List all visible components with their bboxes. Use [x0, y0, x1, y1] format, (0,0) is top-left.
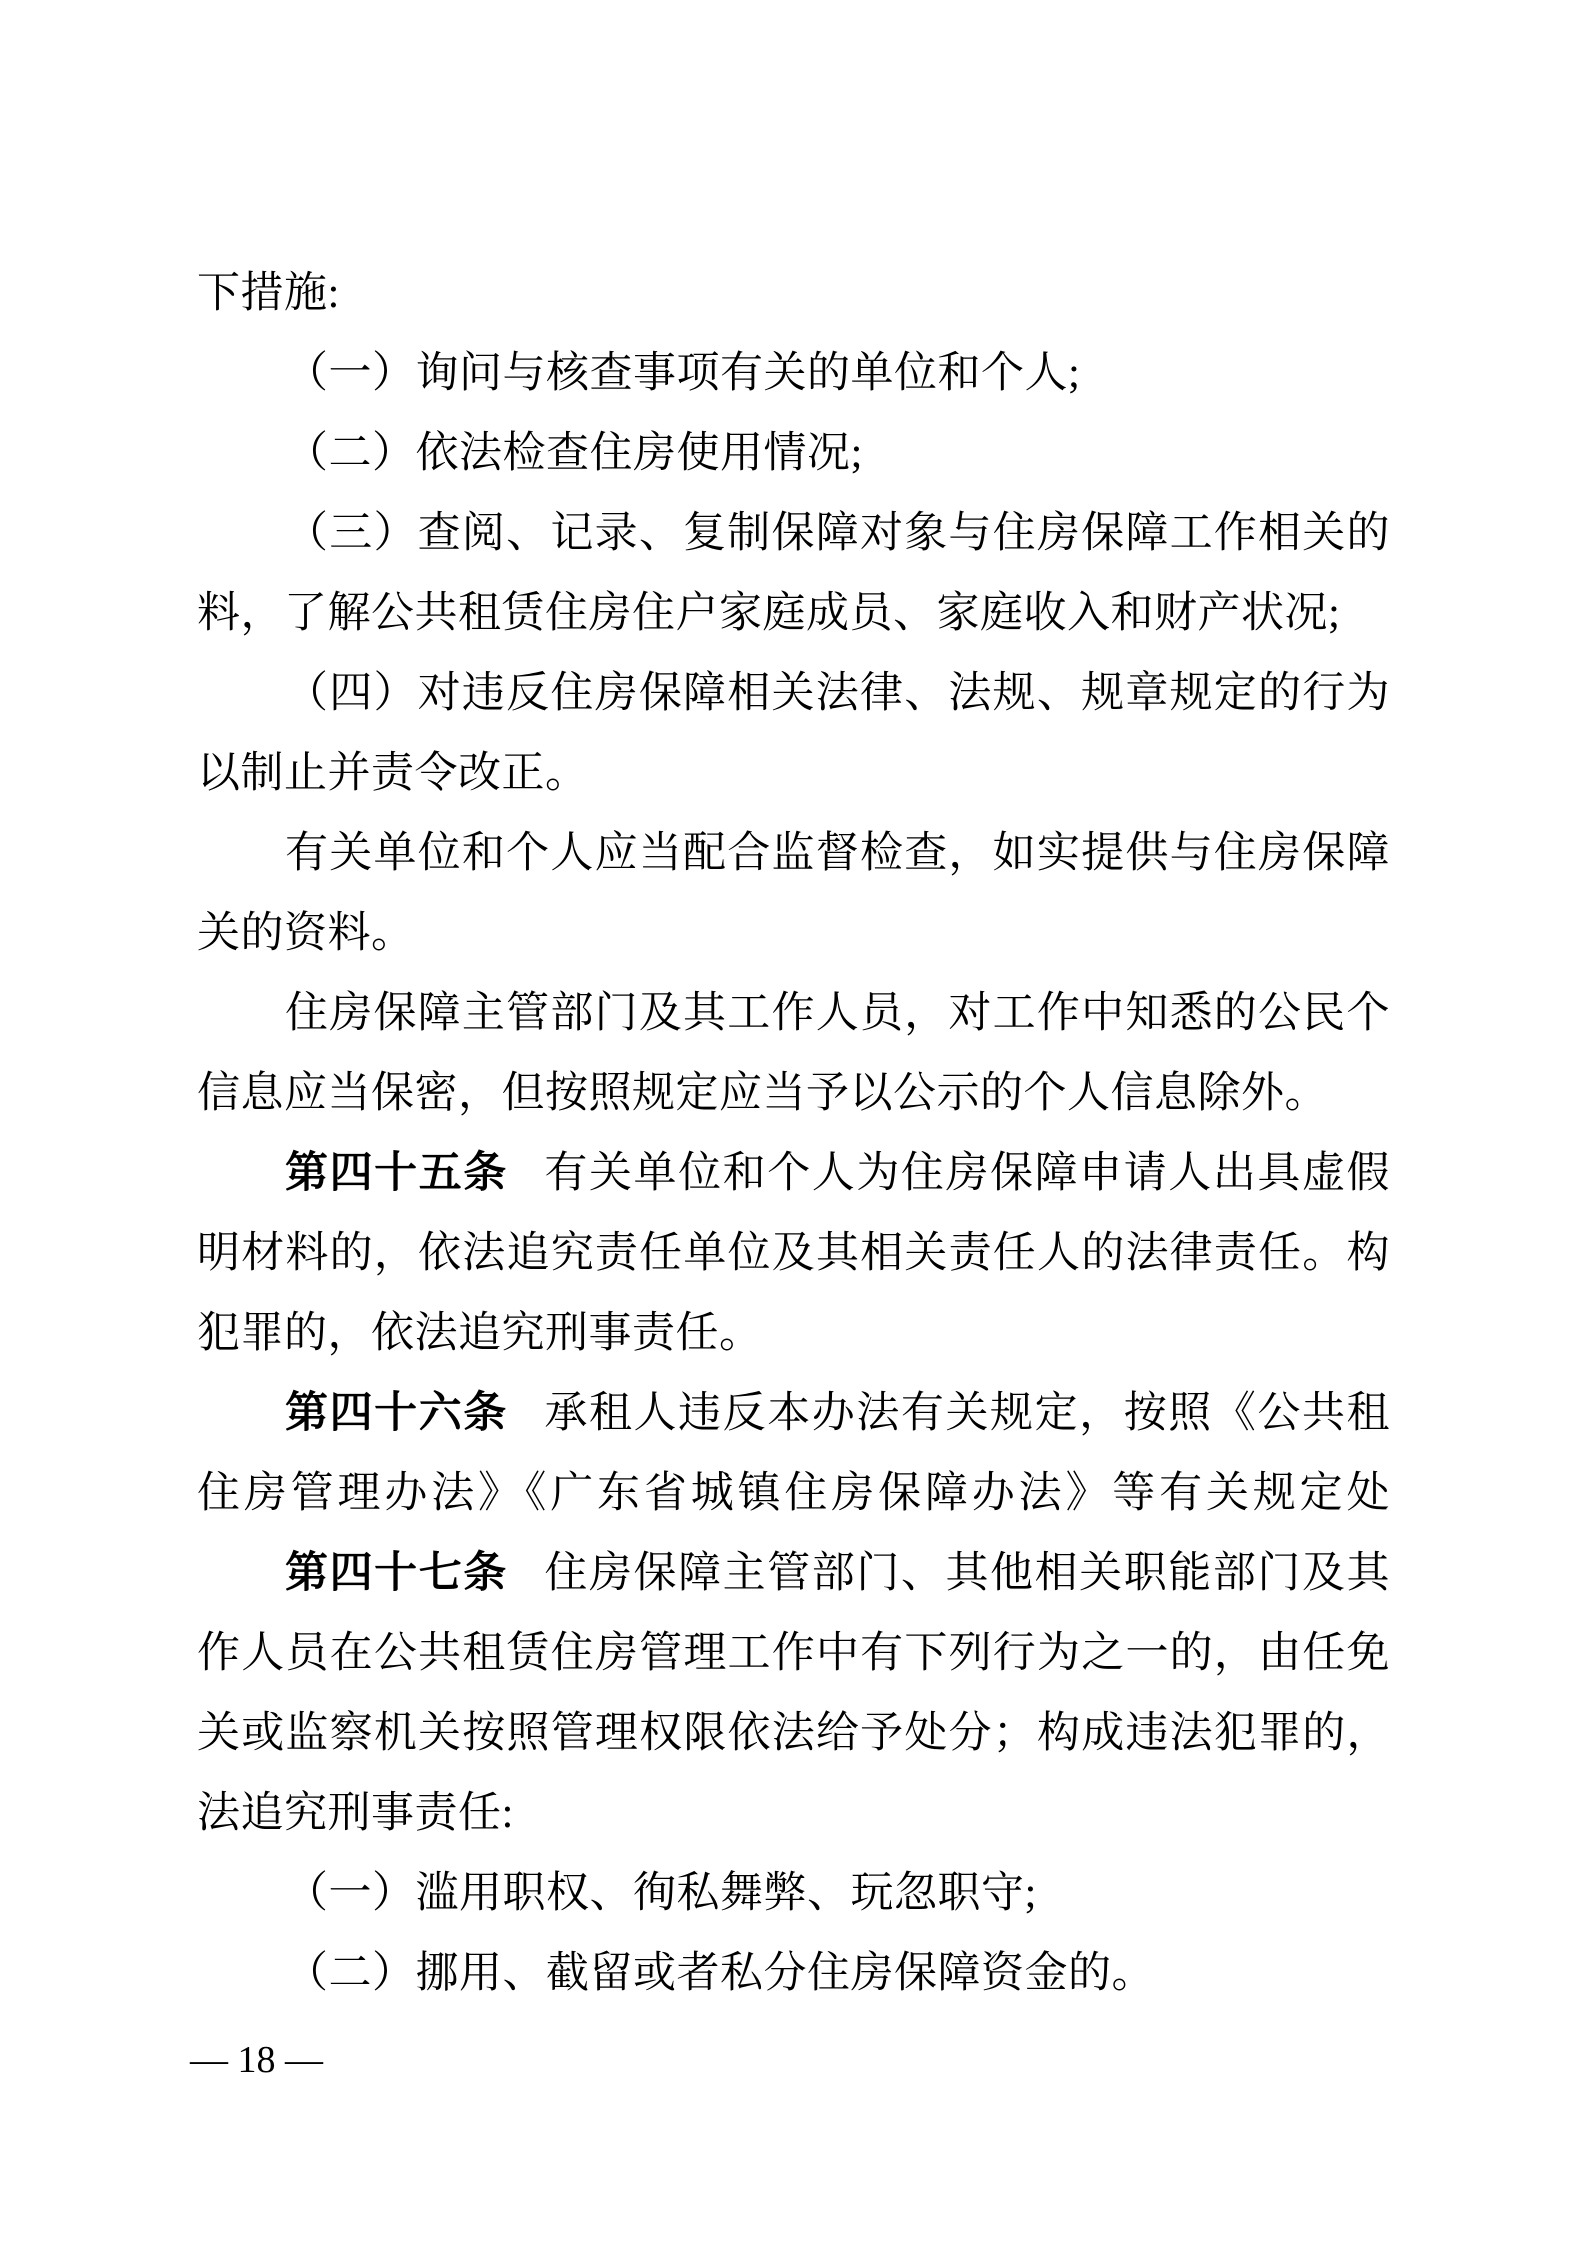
text-segment: （二）挪用、截留或者私分住房保障资金的。 — [285, 1950, 1155, 1997]
text-segment: 作人员在公共租赁住房管理工作中有下列行为之一的，由任免机 — [197, 1630, 1390, 1694]
document-body: 下措施:（一）询问与核查事项有关的单位和个人;（二）依法检查住房使用情况;（三）… — [197, 254, 1390, 2014]
text-segment: 关的资料。 — [197, 910, 415, 957]
page-footer: — 18 — — [190, 2036, 323, 2084]
text-line: 第四十六条承租人违反本办法有关规定，按照《公共租赁 — [197, 1374, 1390, 1454]
article-number: 第四十六条 — [285, 1390, 508, 1437]
text-line: 信息应当保密，但按照规定应当予以公示的个人信息除外。 — [197, 1054, 1390, 1134]
text-segment: 料，了解公共租赁住房住户家庭成员、家庭收入和财产状况; — [197, 590, 1340, 637]
text-segment: 有关单位和个人应当配合监督检查，如实提供与住房保障有 — [197, 830, 1390, 894]
text-line: 法追究刑事责任: — [197, 1774, 1390, 1854]
text-line: 以制止并责令改正。 — [197, 734, 1390, 814]
text-segment: 信息应当保密，但按照规定应当予以公示的个人信息除外。 — [197, 1070, 1328, 1117]
text-line: 关或监察机关按照管理权限依法给予处分；构成违法犯罪的，依 — [197, 1694, 1390, 1774]
text-line: 作人员在公共租赁住房管理工作中有下列行为之一的，由任免机 — [197, 1614, 1390, 1694]
text-segment: （一）询问与核查事项有关的单位和个人; — [285, 350, 1080, 397]
page-number: — 18 — — [190, 2039, 323, 2081]
text-line: 住房保障主管部门及其工作人员，对工作中知悉的公民个人 — [197, 974, 1390, 1054]
text-line: 第四十五条有关单位和个人为住房保障申请人出具虚假证 — [197, 1134, 1390, 1214]
text-segment: 犯罪的，依法追究刑事责任。 — [197, 1310, 763, 1357]
text-line: 关的资料。 — [197, 894, 1390, 974]
text-line: （二）挪用、截留或者私分住房保障资金的。 — [197, 1934, 1390, 2014]
article-number: 第四十五条 — [285, 1150, 508, 1197]
text-segment: 下措施: — [197, 270, 340, 317]
text-line: 下措施: — [197, 254, 1390, 334]
text-line: （一）滥用职权、徇私舞弊、玩忽职守; — [197, 1854, 1390, 1934]
text-line: （二）依法检查住房使用情况; — [197, 414, 1390, 494]
text-line: 料，了解公共租赁住房住户家庭成员、家庭收入和财产状况; — [197, 574, 1390, 654]
text-segment: 住房管理办法》《广东省城镇住房保障办法》等有关规定处理。 — [197, 1470, 1390, 1534]
text-segment: 住房保障主管部门及其工作人员，对工作中知悉的公民个人 — [197, 990, 1390, 1054]
text-segment: 法追究刑事责任: — [197, 1790, 514, 1837]
text-segment: （三）查阅、记录、复制保障对象与住房保障工作相关的资 — [197, 510, 1390, 574]
text-line: 第四十七条住房保障主管部门、其他相关职能部门及其工 — [197, 1534, 1390, 1614]
text-segment: 以制止并责令改正。 — [197, 750, 589, 797]
text-segment: （四）对违反住房保障相关法律、法规、规章规定的行为予 — [197, 670, 1390, 734]
text-line: （三）查阅、记录、复制保障对象与住房保障工作相关的资 — [197, 494, 1390, 574]
text-segment: （二）依法检查住房使用情况; — [285, 430, 863, 477]
text-line: （一）询问与核查事项有关的单位和个人; — [197, 334, 1390, 414]
text-segment: （一）滥用职权、徇私舞弊、玩忽职守; — [285, 1870, 1037, 1917]
text-line: 明材料的，依法追究责任单位及其相关责任人的法律责任。构成 — [197, 1214, 1390, 1294]
article-number: 第四十七条 — [285, 1550, 508, 1597]
text-line: 住房管理办法》《广东省城镇住房保障办法》等有关规定处理。 — [197, 1454, 1390, 1534]
text-line: 犯罪的，依法追究刑事责任。 — [197, 1294, 1390, 1374]
text-segment: 关或监察机关按照管理权限依法给予处分；构成违法犯罪的，依 — [197, 1710, 1390, 1774]
text-segment: 明材料的，依法追究责任单位及其相关责任人的法律责任。构成 — [197, 1230, 1390, 1294]
document-page: 下措施:（一）询问与核查事项有关的单位和个人;（二）依法检查住房使用情况;（三）… — [0, 0, 1587, 2245]
text-line: （四）对违反住房保障相关法律、法规、规章规定的行为予 — [197, 654, 1390, 734]
text-line: 有关单位和个人应当配合监督检查，如实提供与住房保障有 — [197, 814, 1390, 894]
